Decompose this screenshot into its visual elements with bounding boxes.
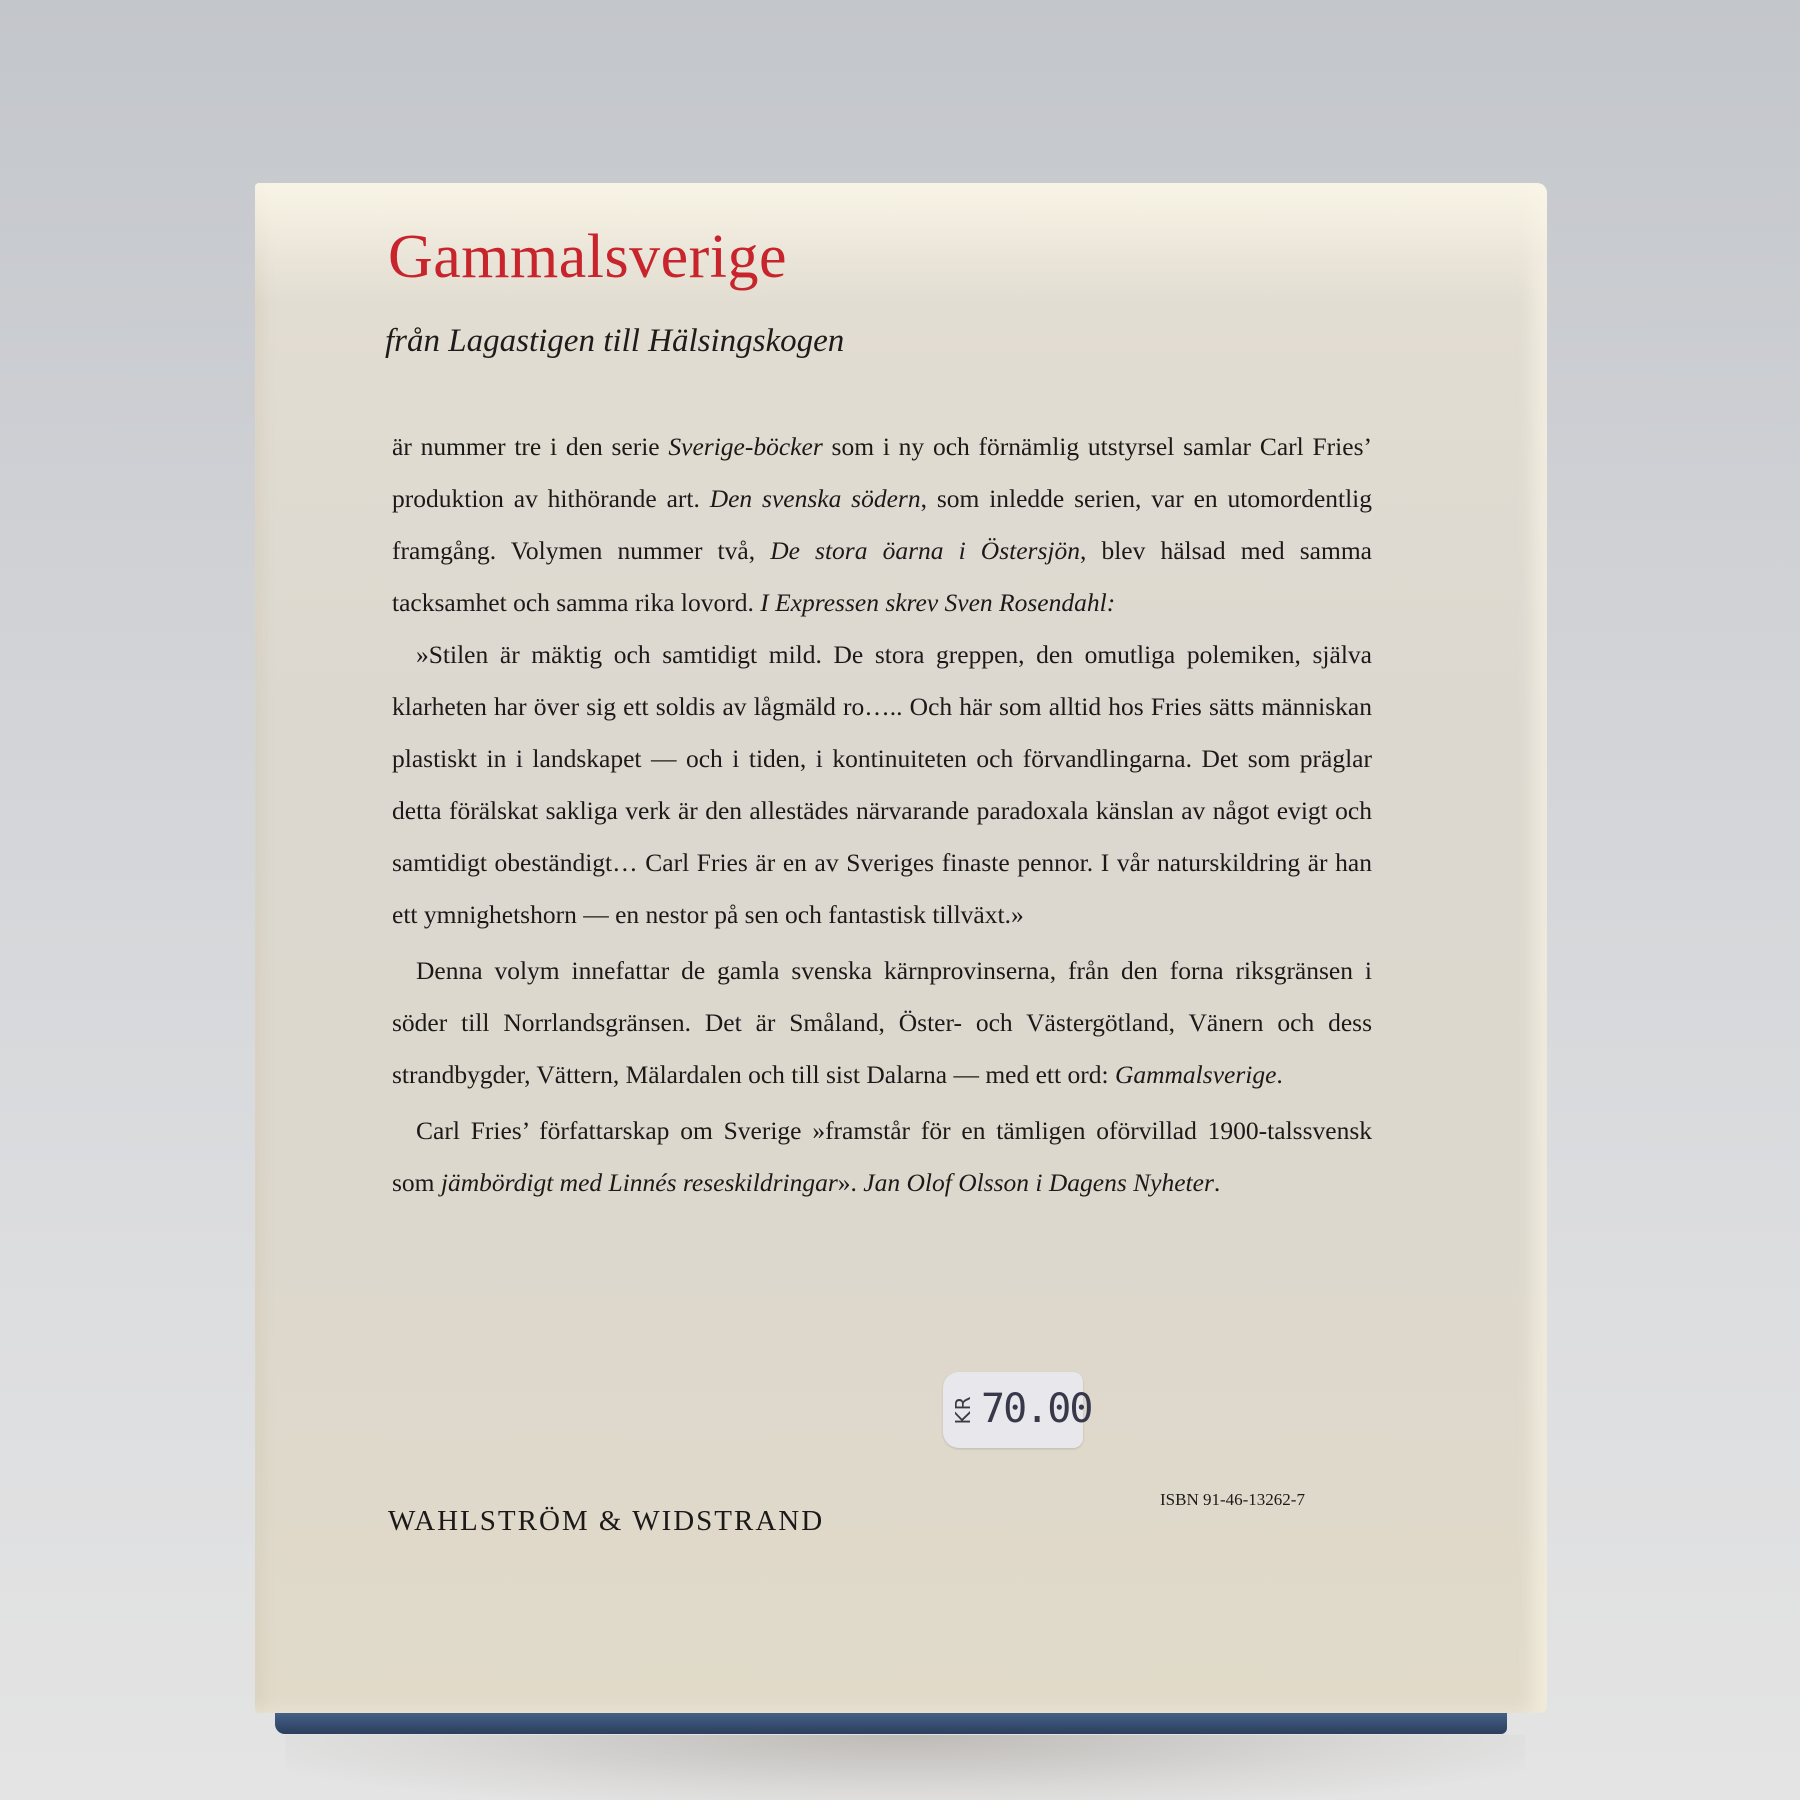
italic-text: Den svenska södern [710, 484, 921, 513]
italic-text: Jan Olof Olsson i Dagens Nyheter [863, 1168, 1214, 1197]
text-run: är nummer tre i den serie [392, 432, 668, 461]
book-shadow [285, 1735, 1525, 1800]
italic-text: Gammalsverige [1115, 1060, 1276, 1089]
book-title: Gammalsverige [388, 222, 787, 293]
publisher-name: WAHLSTRÖM & WIDSTRAND [388, 1505, 824, 1538]
blurb-paragraph: »Stilen är mäktig och samtidigt mild. De… [392, 629, 1372, 941]
italic-text: jämbördigt med Linnés reseskildringar [441, 1168, 838, 1197]
italic-text: De stora öarna i Östersjön [770, 536, 1080, 565]
blurb-paragraph: är nummer tre i den serie Sverige-böcker… [392, 421, 1372, 629]
blurb-paragraph: Denna volym innefattar de gamla svenska … [392, 945, 1372, 1101]
italic-text: I Expressen skrev Sven Rosendahl: [760, 588, 1115, 617]
text-run: . [1276, 1060, 1282, 1089]
blurb-text: är nummer tre i den serie Sverige-böcker… [392, 421, 1372, 1209]
isbn-number: ISBN 91-46-13262-7 [1160, 1490, 1305, 1510]
book-subtitle: från Lagastigen till Hälsingskogen [385, 323, 844, 360]
text-run: . [1214, 1168, 1220, 1197]
blurb-paragraph: Carl Fries’ författarskap om Sverige »fr… [392, 1105, 1372, 1209]
text-run: »Stilen är mäktig och samtidigt mild. De… [392, 640, 1372, 929]
price-sticker: KR 70.00 [943, 1372, 1083, 1448]
italic-text: Sverige-böcker [668, 432, 822, 461]
text-run: ». [838, 1168, 864, 1197]
price-amount: 70.00 [981, 1386, 1091, 1432]
price-currency: KR [951, 1390, 975, 1430]
